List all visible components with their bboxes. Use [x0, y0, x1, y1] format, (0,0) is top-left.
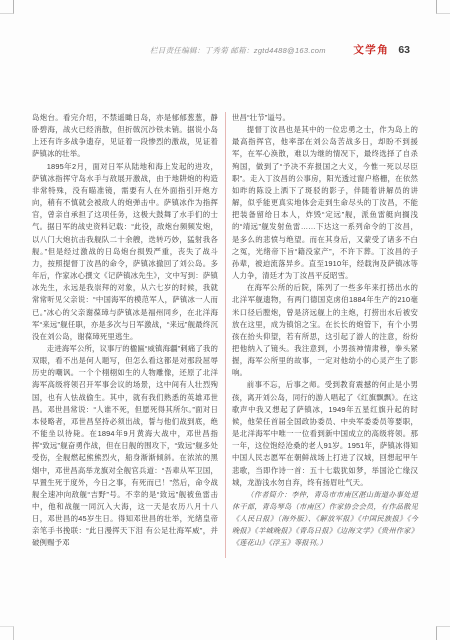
editor-contact-line: 栏目责任编辑：丁秀菊 邮箱：zgtd4488@163.com	[150, 45, 326, 56]
page-header: 栏目责任编辑：丁秀菊 邮箱：zgtd4488@163.com 文学角 63	[32, 42, 410, 57]
paragraph: 1895年2月，面对日军从陆地和海上发起的进攻，萨镇冰指挥守岛水手与敌展开激战，…	[32, 161, 218, 343]
crop-mark-top-left	[0, 0, 14, 14]
paragraph: 走进海军公所，议事厅的楹匾“威镇海疆”刺痛了我的双眼，看不出是何人题写，但怎么看…	[32, 343, 218, 550]
section-label: 文学角	[353, 42, 389, 57]
left-column: 岛炮台。看完介绍，不禁遥瞰日岛，亦是郁郁葱葱，静卧碧海，战火已经消散，但折戟沉沙…	[32, 112, 218, 550]
paragraph: 前事不忘，后事之师。受到教育震撼的何止是小男孩，离开刘公岛，同行的游人唱起了《红…	[232, 379, 418, 488]
right-column: 世昌“壮节”谥号。 提督丁汝昌也是其中的一位忠勇之士，作为岛上的最高指挥官，他率…	[232, 112, 418, 550]
column-divider	[225, 112, 226, 558]
crop-mark-bottom-left	[0, 626, 14, 640]
crop-mark-top-right	[436, 0, 450, 14]
crop-mark-bottom-right	[436, 626, 450, 640]
article-body: 岛炮台。看完介绍，不禁遥瞰日岛，亦是郁郁葱葱，静卧碧海，战火已经消散，但折戟沉沙…	[32, 112, 418, 558]
page-number: 63	[398, 44, 410, 56]
section-header: 文学角 63	[353, 42, 410, 57]
paragraph: 提督丁汝昌也是其中的一位忠勇之士，作为岛上的最高指挥官，他率部在刘公岛苦战多日，…	[232, 124, 418, 282]
paragraph: 岛炮台。看完介绍，不禁遥瞰日岛，亦是郁郁葱葱，静卧碧海，战火已经消散，但折戟沉沙…	[32, 112, 218, 161]
paragraph: 世昌“壮节”谥号。	[232, 112, 418, 124]
magazine-page: 栏目责任编辑：丁秀菊 邮箱：zgtd4488@163.com 文学角 63 岛炮…	[0, 0, 450, 640]
paragraph: 在海军公所的后院，陈列了一些多年来打捞出水的北洋军舰遗物，有两门德国克虏伯188…	[232, 282, 418, 379]
author-bio: （作者简介：李仲，青岛市市南区湛山街道办事处退休干部，青岛琴岛（市南区）作家协会…	[232, 489, 418, 550]
